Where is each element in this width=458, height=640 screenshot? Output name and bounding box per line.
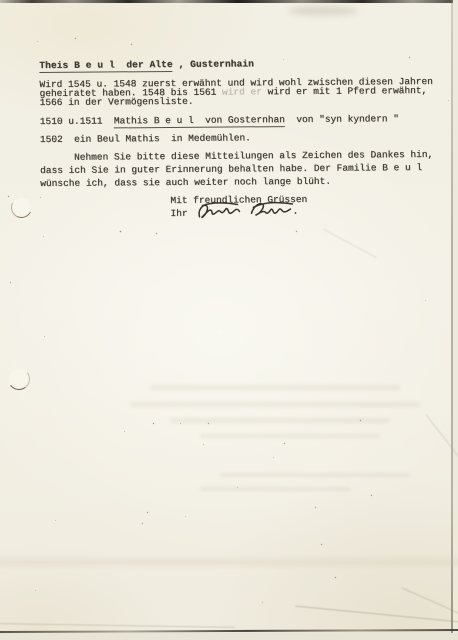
entry-1510-years: 1510 u.1511 [40, 115, 114, 127]
heading-place: , Gusternhain [173, 58, 254, 70]
faded-overstrike-text: wird er [222, 86, 262, 97]
body-line-2-end: wird er mit 1 Pferd erwähnt, [262, 85, 427, 97]
heading-line: Theis B e u l der Alte , Gusternhain [39, 58, 254, 71]
paragraph-line-3: wünsche ich, dass sie auch weiter noch l… [40, 176, 331, 189]
letter-text: Theis B e u l der Alte , Gusternhain Wir… [0, 0, 458, 640]
scanned-letter-page: Theis B e u l der Alte , Gusternhain Wir… [0, 0, 458, 640]
entry-1510-note: von "syn kyndern " [285, 113, 399, 125]
heading-name: Theis B e u l der Alte [39, 59, 173, 73]
handwritten-signature [193, 199, 305, 226]
entry-1510-line: 1510 u.1511 Mathis B e u l von Gosternha… [40, 113, 399, 127]
paragraph-line-1: Nehmen Sie bitte diese Mitteilungen als … [74, 149, 433, 163]
entry-1510-name: Mathis B e u l von Gosternhan [114, 114, 285, 128]
body-line-3: 1566 in der Vermögensliste. [40, 96, 194, 108]
paragraph-line-2: dass ich Sie in guter Erinnerung behalte… [40, 162, 422, 176]
entry-1502-line: 1502 ein Beul Mathis in Medemühlen. [40, 132, 251, 145]
signature-prefix: Ihr [170, 208, 187, 219]
